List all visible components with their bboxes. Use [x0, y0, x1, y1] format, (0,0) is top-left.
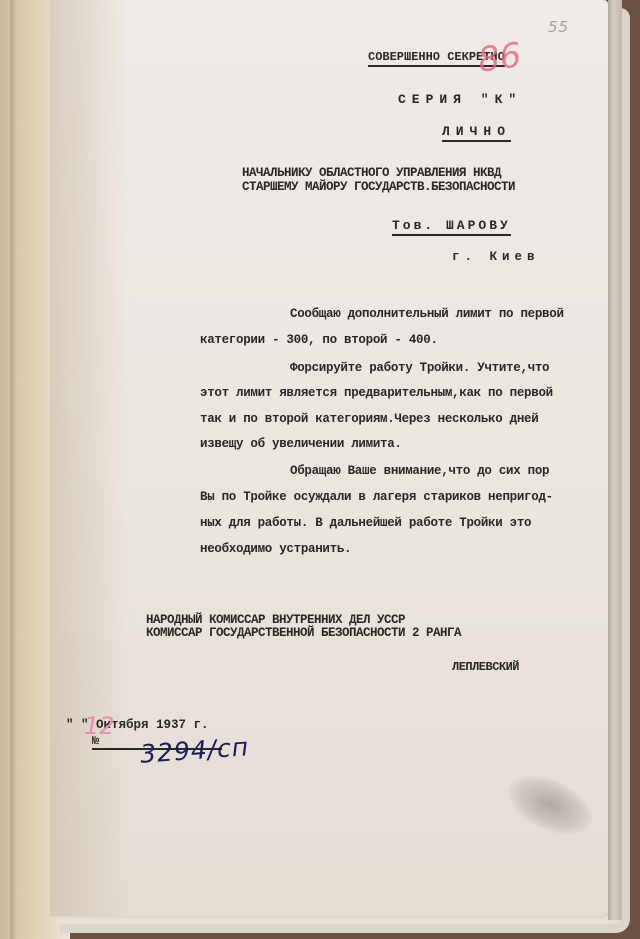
- binder-edge: [10, 0, 16, 939]
- red-handwritten-mark: 86: [475, 35, 523, 81]
- body-line: Обращаю Ваше внимание,что до сих пор: [290, 464, 549, 478]
- series-label: СЕРИЯ "К": [398, 92, 522, 107]
- addressee-line-2: СТАРШЕМУ МАЙОРУ ГОСУДАРСТВ.БЕЗОПАСНОСТИ: [242, 180, 515, 194]
- signatory-title-2: КОМИССАР ГОСУДАРСТВЕННОЙ БЕЗОПАСНОСТИ 2 …: [146, 626, 461, 640]
- addressee-name: Тов. ШАРОВУ: [392, 218, 511, 236]
- signatory-title-1: НАРОДНЫЙ КОМИССАР ВНУТРЕННИХ ДЕЛ УССР: [146, 613, 405, 627]
- body-line: категории - 300, по второй - 400.: [200, 333, 438, 347]
- body-line: Вы по Тройке осуждали в лагеря стариков …: [200, 490, 553, 504]
- handwritten-day: 12: [84, 712, 115, 740]
- number-prefix: №: [92, 734, 99, 748]
- body-line: извещу об увеличении лимита.: [200, 437, 402, 451]
- addressee-city: г. Киев: [452, 250, 540, 264]
- personal-label: ЛИЧНО: [442, 124, 511, 142]
- body-line: ных для работы. В дальнейшей работе Трой…: [200, 516, 531, 530]
- body-line: этот лимит является предварительным,как …: [200, 386, 553, 400]
- body-line: Форсируйте работу Тройки. Учтите,что: [290, 361, 549, 375]
- body-line: Сообщаю дополнительный лимит по первой: [290, 307, 564, 321]
- signatory-name: ЛЕПЛЕВСКИЙ: [452, 660, 519, 674]
- body-line: необходимо устранить.: [200, 542, 351, 556]
- page-fold-shadow: [50, 0, 130, 916]
- body-line: так и по второй категориям.Через несколь…: [200, 412, 538, 426]
- addressee-line-1: НАЧАЛЬНИКУ ОБЛАСТНОГО УПРАВЛЕНИЯ НКВД: [242, 166, 501, 180]
- archive-page-number: 55: [548, 18, 569, 36]
- page-right-edge: [608, 0, 622, 920]
